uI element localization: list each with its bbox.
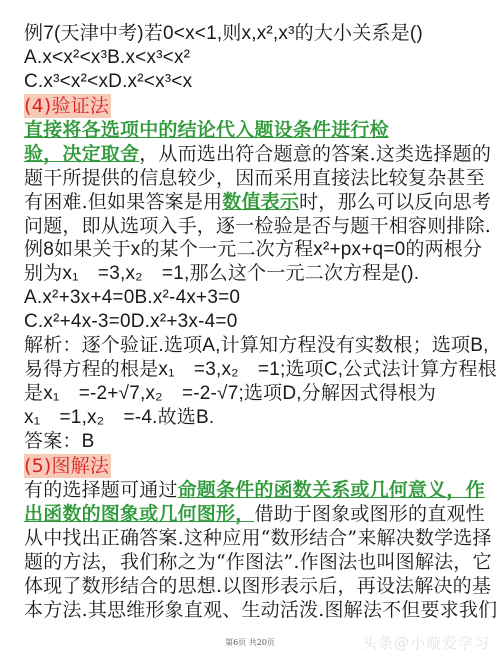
section5-text: 有的选择题可通过	[24, 479, 178, 501]
section5-highlight: 命题条件的函数关系或几何意义，作	[178, 479, 485, 501]
section5-para-line: 体现了数形结合的思想.以图形表示后，再设法解决的基	[24, 574, 484, 598]
section4-highlight: 直接将各选项中的结论代入题设条件进行检	[24, 119, 389, 141]
section5-para-line: 本方法.其思维形象直观、生动活泼.图解法不但要求我们	[24, 598, 484, 622]
example8-question: 别为x₁ =3,x₂ =1,那么这个一元二次方程是().	[24, 262, 484, 286]
section4-para-line: 题干所提供的信息较少，因而采用直接法比较复杂甚至	[24, 166, 484, 190]
section5-para-line: 题的方法，我们称之为“作图法”.作图法也叫图解法，它	[24, 550, 484, 574]
example7-options-cd: C.x³<x²<xD.x²<x³<x	[24, 70, 484, 94]
example8-answer: 答案：B	[24, 430, 484, 454]
section4-highlight: 数值表示	[222, 191, 299, 213]
example8-options-cd: C.x²+4x-3=0D.x²+3x-4=0	[24, 310, 484, 334]
section5-highlight: 出函数的图象或几何图形，	[24, 503, 254, 525]
section5-para-line: 有的选择题可通过命题条件的函数关系或几何意义，作	[24, 478, 484, 502]
example8-analysis: 解析：逐个验证.选项A,计算知方程没有实数根；选项B,	[24, 334, 484, 358]
document-page: 例7(天津中考)若0<x<1,则x,x²,x³的大小关系是() A.x<x²<x…	[24, 22, 484, 622]
section4-para-line: 问题，即从选项入手，逐一检验是否与题干相容则排除.	[24, 214, 484, 238]
watermark: 头条@小璇爱学习	[362, 632, 490, 653]
section4-text: 有困难.但如果答案是用	[24, 191, 222, 213]
example8-analysis: x₁ =1,x₂ =-4.故选B.	[24, 406, 484, 430]
section5-para-line: 出函数的图象或几何图形，借助于图象或图形的直观性	[24, 502, 484, 526]
example8-question: 例8如果关于x的某个一元二次方程x²+px+q=0的两根分	[24, 238, 484, 262]
section4-text: ，从而选出符合题意的答案.这类选择题的	[139, 143, 491, 165]
example8-analysis: 是x₁ =-2+√7,x₂ =-2-√7;选项D,分解因式得根为	[24, 382, 484, 406]
section5-heading: (5)图解法	[24, 454, 111, 478]
section4-para-line: 有困难.但如果答案是用数值表示时，那么可以反向思考	[24, 190, 484, 214]
example7-options-ab: A.x<x²<x³B.x<x³<x²	[24, 46, 484, 70]
section4-para-line: 直接将各选项中的结论代入题设条件进行检	[24, 118, 484, 142]
example7-question: 例7(天津中考)若0<x<1,则x,x²,x³的大小关系是()	[24, 22, 484, 46]
section4-heading: (4)验证法	[24, 94, 111, 118]
section4-text: 时，那么可以反向思考	[299, 191, 491, 213]
section4-para-line: 验，决定取舍，从而选出符合题意的答案.这类选择题的	[24, 142, 484, 166]
section5-heading-row: (5)图解法	[24, 454, 484, 478]
example8-analysis: 易得方程的根是x₁ =3,x₂ =1;选项C,公式法计算方程根	[24, 358, 484, 382]
example8-options-ab: A.x²+3x+4=0B.x²-4x+3=0	[24, 286, 484, 310]
section5-para-line: 从中找出正确答案.这种应用“数形结合”来解决数学选择	[24, 526, 484, 550]
section5-text: 借助于图象或图形的直观性	[254, 503, 484, 525]
section4-heading-row: (4)验证法	[24, 94, 484, 118]
section4-highlight: 验，决定取舍	[24, 143, 139, 165]
